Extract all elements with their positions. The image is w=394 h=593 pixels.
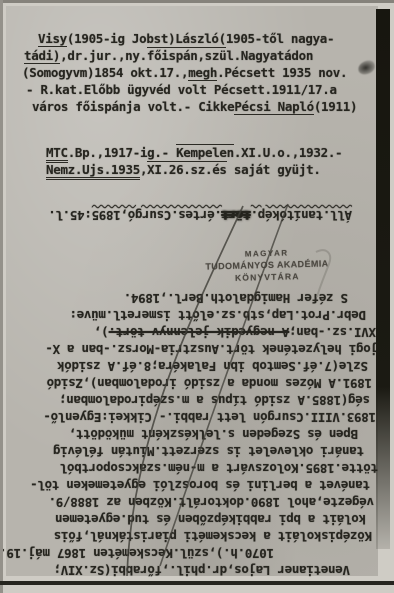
- typed-line: 1070.h.),szül.Kecskeméten 1867 máj.19.-: [20, 545, 378, 562]
- typed-line: - R.kat.Előbb ügyvéd volt Pécsett.1911/1…: [22, 81, 378, 98]
- visy-entry: Visy(1905-ig Jobst)László(1905-től nagya…: [22, 30, 378, 115]
- frame-edge-top: [0, 0, 394, 3]
- typed-line: Debr.Prot.Lap,stb.sz.előtt ismeretl.müve…: [20, 307, 378, 324]
- frame-edge-right: [376, 9, 390, 549]
- typed-line: Áll.tanítókép.tört.értes.Csurgó,1895:45.…: [20, 207, 378, 224]
- overtyped-blot: tört: [222, 208, 251, 223]
- typed-line: város főispánja volt.- CikkePécsi Napló(…: [22, 98, 378, 115]
- scanned-catalog-card: Visy(1905-ig Jobst)László(1905-től nagya…: [0, 0, 394, 593]
- typed-line: tanári oklevelet is szerzett.Miután félé…: [20, 443, 378, 460]
- library-stamp: MAGYAR TUDOMÁNYOS AKADÉMIA KÖNYVTÁRA: [198, 246, 337, 285]
- underlined-title: Pécsi Napló: [234, 99, 313, 115]
- underlined-name: Visy: [38, 31, 67, 47]
- typed-line: tötte.1895.Kolozsvárt a m-ném.szakcsopor…: [20, 460, 378, 477]
- frame-edge-bottom: [0, 581, 394, 585]
- typed-line: XVI.sz.-ban;A negyedik jelennyv tört.),: [20, 324, 378, 341]
- typed-line: végezte,ahol 1890.doktorált.Közben az 18…: [20, 494, 378, 511]
- typed-line: jogi helyzetének tört.Ausztria-Morsz.-ba…: [20, 341, 378, 358]
- typed-line: (Somogyvm)1854 okt.17.,megh.Pécsett 1935…: [22, 64, 378, 81]
- card-paper: Visy(1905-ig Jobst)László(1905-től nagya…: [6, 6, 378, 576]
- typed-line: S zéfer Hamigdaloth.Berl.,1894.: [20, 290, 378, 307]
- typed-line: Középiskoláit a kecskeméti piaristáknál,…: [20, 528, 378, 545]
- typed-line: ség(1885.A zsidó típus a m.szépirodalomb…: [20, 392, 378, 409]
- typed-line: MTC.Bp.,1917-ig.- Kempelen.XI.U.o.,1932.…: [46, 144, 376, 161]
- typed-line: 1893.VIII.Csurgón lett rabbi.- Cikkei:Eg…: [20, 409, 378, 426]
- typed-line: Szle(7.éf.Semtob ibn Falakéra;8.éf.A zsi…: [20, 358, 378, 375]
- sources-entry: MTC.Bp.,1917-ig.- Kempelen.XI.U.o.,1932.…: [46, 144, 376, 178]
- typed-line: Venetianer Lajos,dr.phil.,főrabbi(Sz.XIV…: [20, 562, 378, 579]
- typed-line: tádi),dr.jur.,ny.főispán,szül.Nagyatádon: [22, 47, 378, 64]
- typed-line: 1891.A Mózes monda a zsidó irodalomban),…: [20, 375, 378, 392]
- typed-line: koláit a bpi rabbiképzőben és tud.egyete…: [20, 511, 378, 528]
- crossed-out-text: A negyedik jelennyv tört.: [109, 325, 290, 340]
- typed-line: Visy(1905-ig Jobst)László(1905-től nagya…: [22, 30, 378, 47]
- frame-edge-left: [0, 0, 3, 593]
- typed-line: Bpen és Szegeden s.lelkészként müködött,: [20, 426, 378, 443]
- typed-line: Nemz.Ujs.1935,XI.26.sz.és saját gyüjt.: [46, 161, 376, 178]
- typed-line: tanévet a berlini és boroszlói egyetemek…: [20, 477, 378, 494]
